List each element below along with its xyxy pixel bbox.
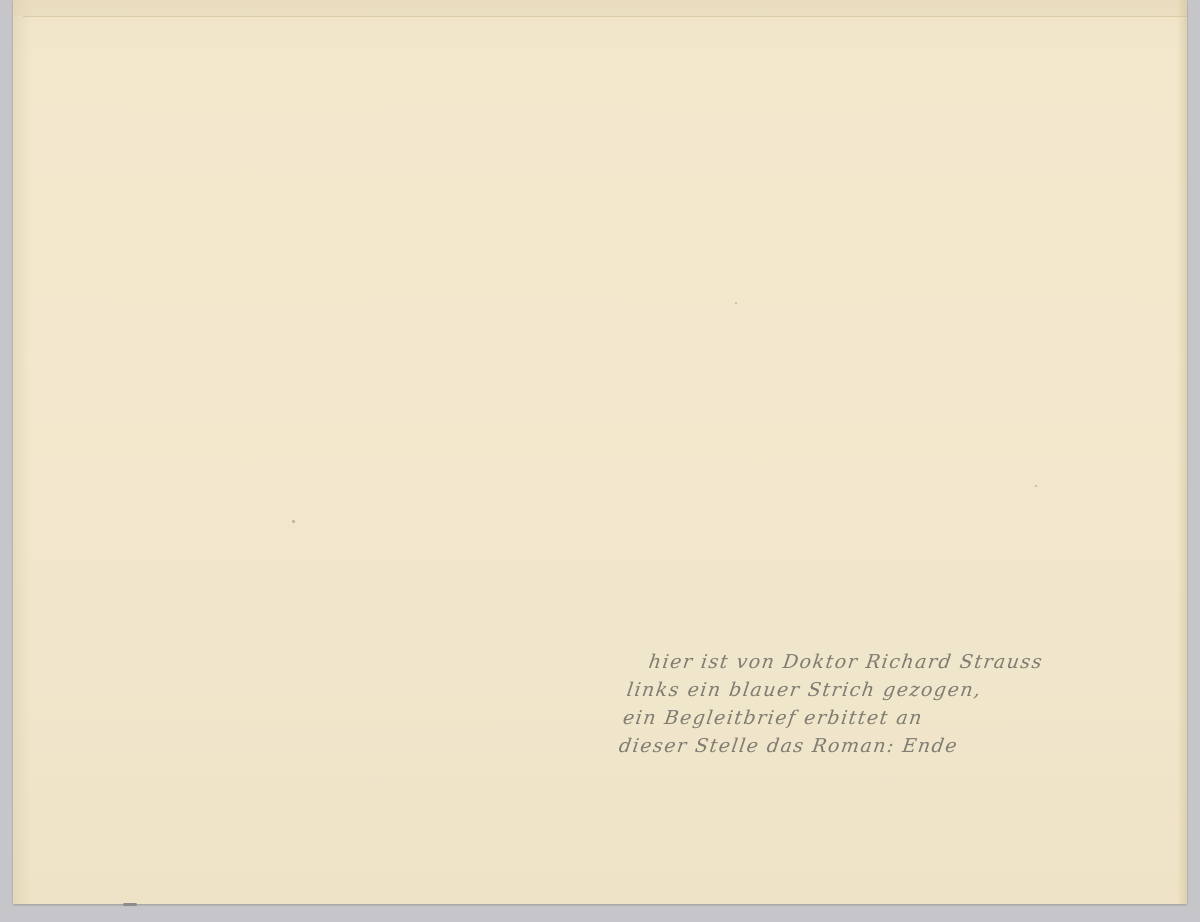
handwritten-note: hier ist von Doktor Richard Strauss link… [617, 648, 1133, 760]
fold-line [23, 16, 1187, 17]
paper-speck [735, 302, 737, 304]
note-line-3: ein Begleitbrief erbittet an [621, 704, 1125, 732]
paper-sheet: hier ist von Doktor Richard Strauss link… [13, 0, 1187, 904]
note-line-2: links ein blauer Strich gezogen, [625, 676, 1129, 704]
note-line-4: dieser Stelle das Roman: Ende [617, 732, 1121, 760]
scan-background: hier ist von Doktor Richard Strauss link… [0, 0, 1200, 922]
top-fold-band [13, 0, 1187, 16]
paper-speck [292, 520, 295, 523]
paper-edge-nick [123, 903, 137, 906]
paper-speck [1035, 485, 1037, 487]
note-line-1: hier ist von Doktor Richard Strauss [629, 648, 1133, 676]
